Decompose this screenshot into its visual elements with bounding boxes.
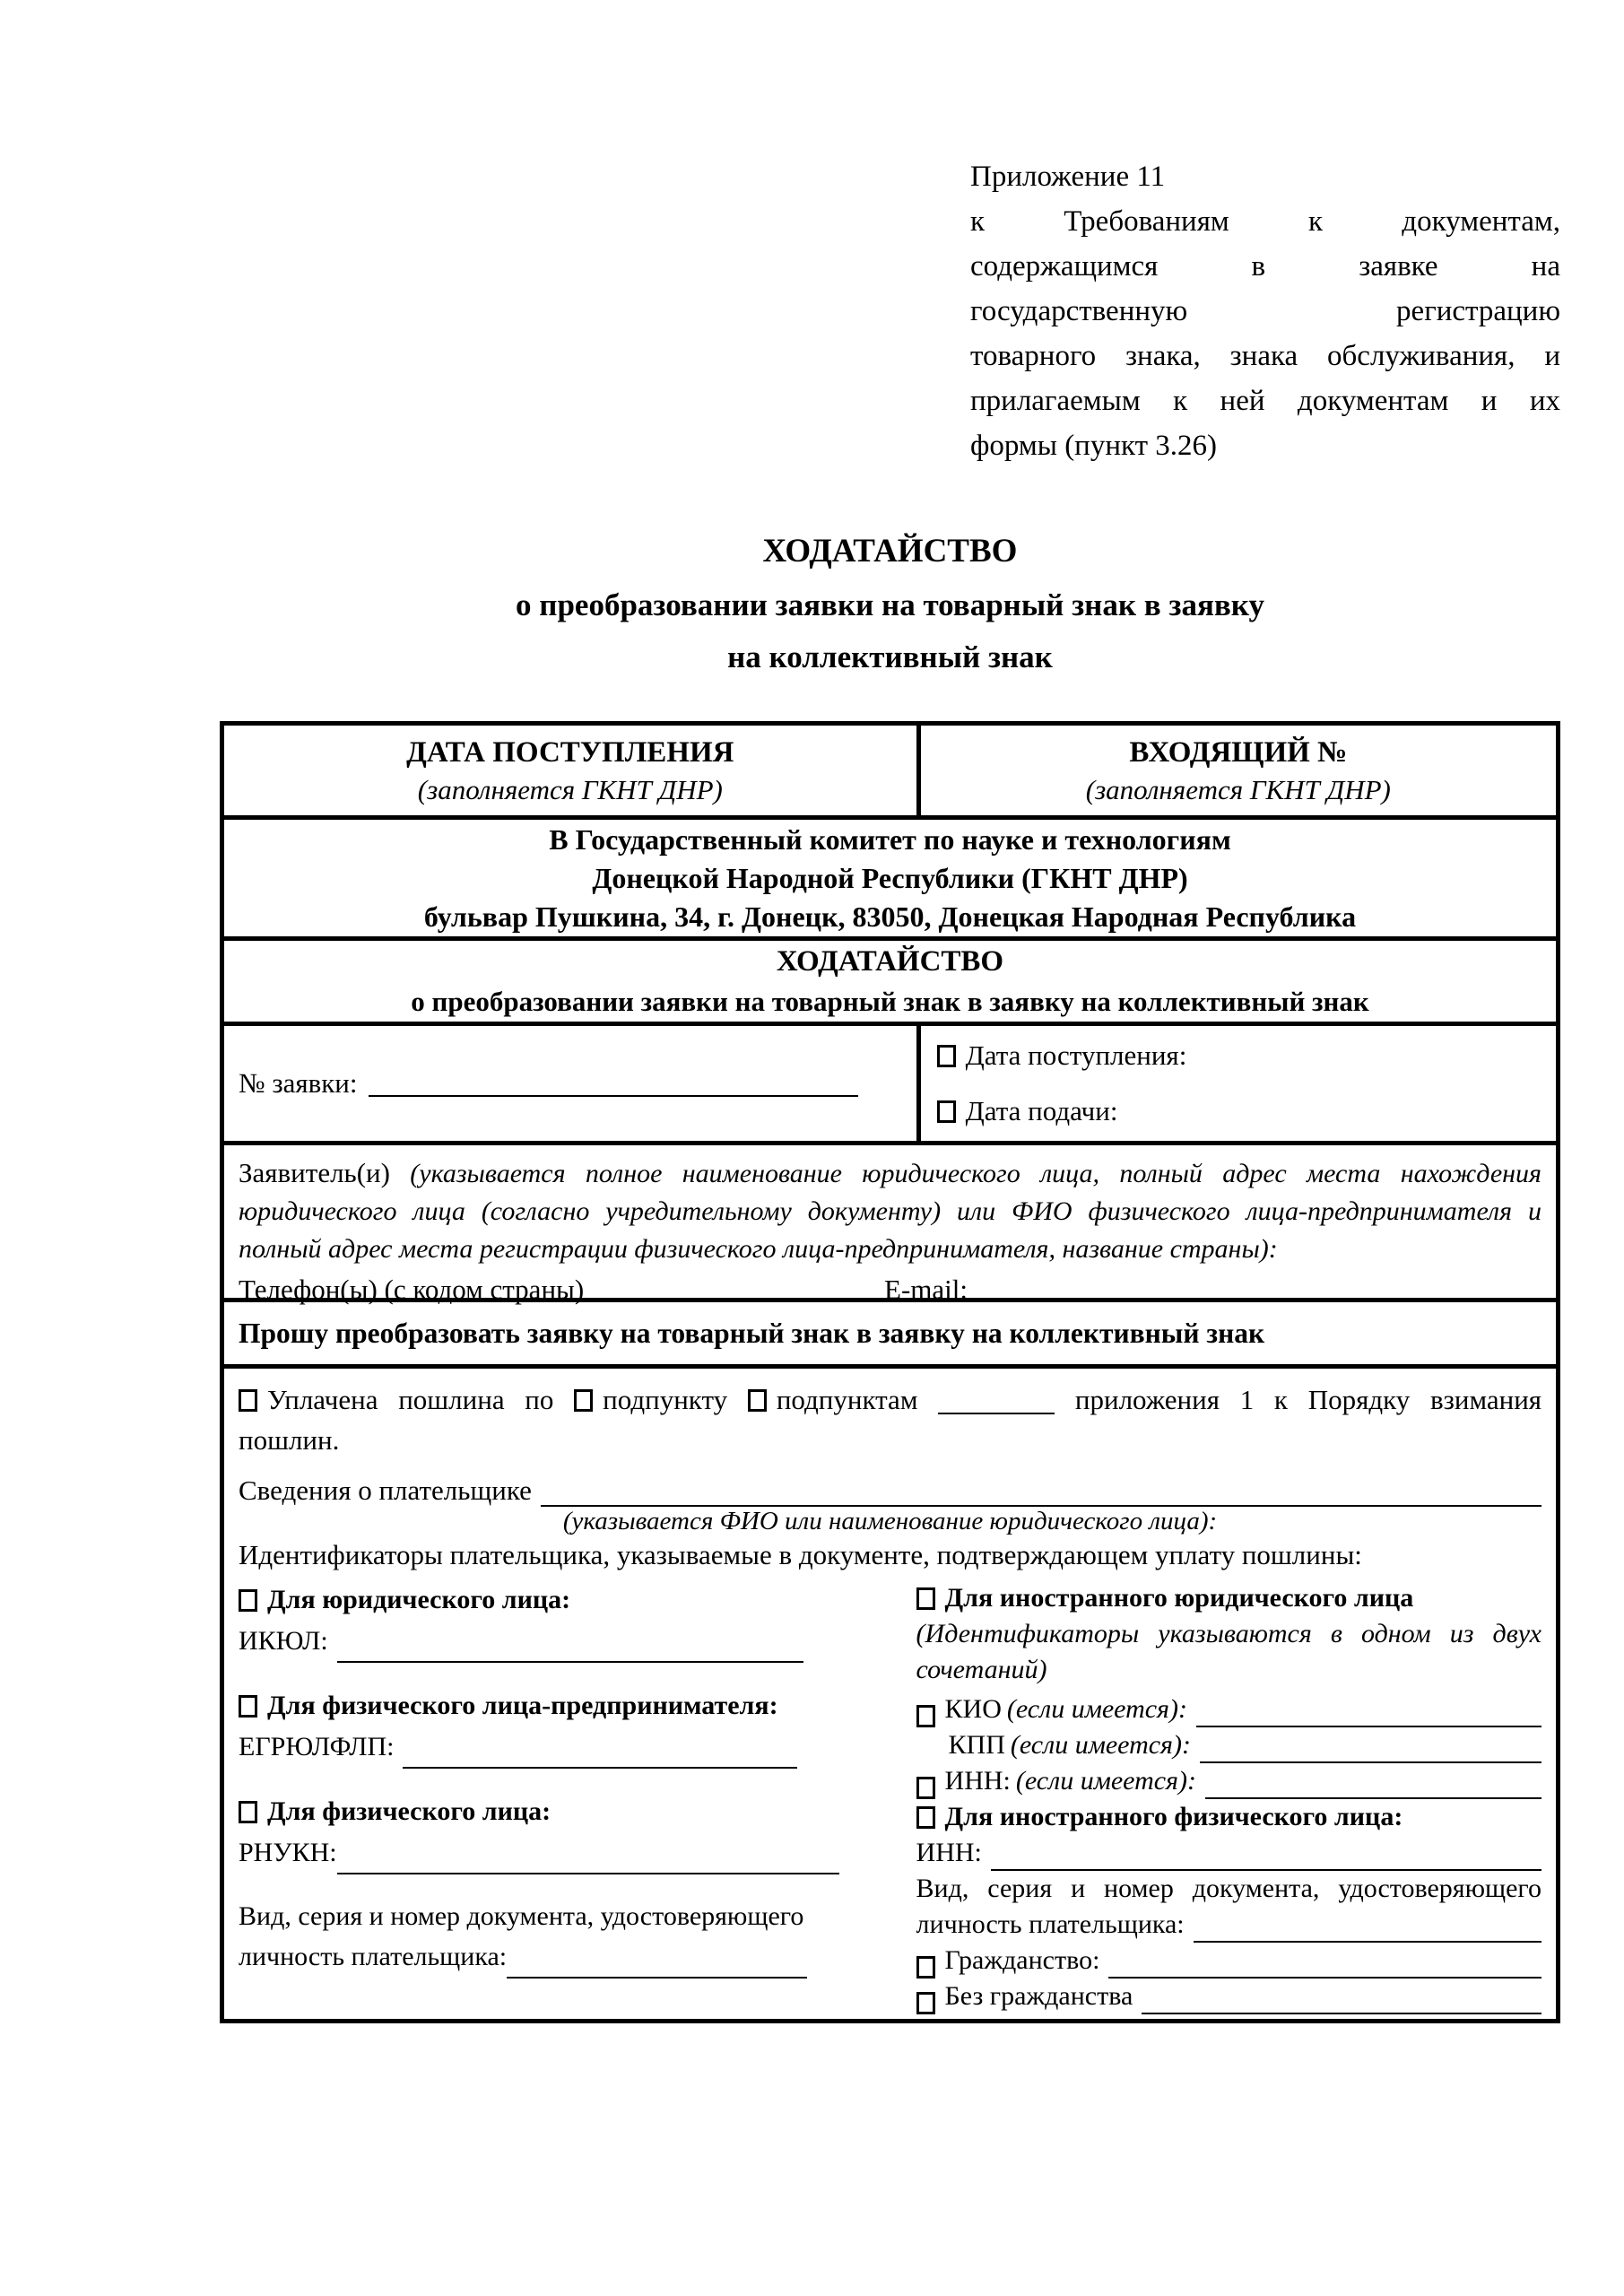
appendix-line: товарного знака, знака обслуживания, и <box>970 334 1560 378</box>
receipt-date-header: ДАТА ПОСТУПЛЕНИЯ <box>224 733 916 772</box>
stateless-field[interactable] <box>1142 1987 1541 2014</box>
ikul-field[interactable] <box>337 1636 803 1663</box>
egrulflp-label: ЕГРЮЛФЛП: <box>239 1726 394 1769</box>
foreign-doc-label2: личность плательщика: <box>916 1907 1185 1943</box>
payer-doc-field[interactable] <box>507 1952 807 1979</box>
fee-section: Уплачена пошлина по подпункту подпунктам… <box>224 1364 1556 2019</box>
petition-form-table: ДАТА ПОСТУПЛЕНИЯ (заполняется ГКНТ ДНР) … <box>220 721 1560 2023</box>
kio-label: КИО <box>945 1692 1002 1727</box>
committee-line: В Государственный комитет по науке и тех… <box>224 821 1556 859</box>
committee-line: бульвар Пушкина, 34, г. Донецк, 83050, Д… <box>224 898 1556 936</box>
kio-field[interactable] <box>1196 1700 1541 1727</box>
foreign-doc-label: Вид, серия и номер документа, удостоверя… <box>916 1871 1541 1907</box>
application-dates-cell: Дата поступления: Дата подачи: <box>921 1026 1556 1141</box>
payer-info-note: (указывается ФИО или наименование юридич… <box>239 1507 1541 1535</box>
foreign-individual-title: Для иностранного физического лица: <box>945 1799 1403 1835</box>
foreign-inn-field[interactable] <box>991 1844 1541 1871</box>
foreign-legal-note: (Идентификаторы указываются в одном из д… <box>916 1616 1541 1652</box>
content-area: Приложение 11 к Требованиям к документам… <box>220 154 1560 2023</box>
kpp-field[interactable] <box>1200 1736 1541 1763</box>
applicant-note: (указывается полное наименование юридиче… <box>410 1159 1541 1188</box>
fee-appendix-ref: приложения 1 к Порядку взимания <box>1075 1384 1541 1415</box>
fee-subitems-checkbox[interactable] <box>748 1389 767 1412</box>
payer-info-line: Сведения о плательщике <box>239 1460 1541 1507</box>
incoming-number-note: (заполняется ГКНТ ДНР) <box>921 772 1556 808</box>
kpp-label: КПП <box>949 1727 1005 1763</box>
rnukn-label: РНУКН: <box>239 1831 337 1874</box>
fee-paid-checkbox[interactable] <box>239 1389 257 1412</box>
application-number-field[interactable] <box>369 1070 858 1097</box>
application-number-label: № заявки: <box>239 1067 358 1100</box>
applicant-note: юридического лица (согласно учредительно… <box>239 1193 1541 1231</box>
citizenship-checkbox[interactable] <box>916 1956 935 1979</box>
fee-subitems-label: подпунктам <box>777 1384 918 1415</box>
incoming-number-cell: ВХОДЯЩИЙ № (заполняется ГКНТ ДНР) <box>921 726 1556 815</box>
payer-doc-label: Вид, серия и номер документа, удостоверя… <box>239 1898 879 1935</box>
egrulflp-field[interactable] <box>403 1742 797 1769</box>
appendix-line: содержащимся в заявке на <box>970 244 1560 289</box>
committee-address: В Государственный комитет по науке и тех… <box>224 815 1556 936</box>
citizenship-label: Гражданство: <box>945 1943 1100 1979</box>
page-title-line: ХОДАТАЙСТВО <box>220 524 1560 579</box>
petition-heading-line: о преобразовании заявки на товарный знак… <box>224 982 1556 1022</box>
receipt-date-note: (заполняется ГКНТ ДНР) <box>224 772 916 808</box>
fee-subitem-checkbox[interactable] <box>574 1389 593 1412</box>
fee-subitems-field[interactable] <box>938 1387 1055 1414</box>
appendix-note: Приложение 11 к Требованиям к документам… <box>970 154 1560 468</box>
individual-title: Для физического лица: <box>267 1792 551 1831</box>
appendix-line: государственную регистрацию <box>970 289 1560 334</box>
page-title: ХОДАТАЙСТВО о преобразовании заявки на т… <box>220 524 1560 683</box>
payer-doc-label2: личность плательщика: <box>239 1935 507 1979</box>
stateless-checkbox[interactable] <box>916 1992 935 2014</box>
legal-entity-checkbox[interactable] <box>239 1589 257 1612</box>
inn-note: (если имеется): <box>1016 1763 1196 1799</box>
page-title-line: на коллективный знак <box>220 631 1560 683</box>
identifiers-label: Идентификаторы плательщика, указываемые … <box>239 1535 1541 1575</box>
foreign-inn-label: ИНН: <box>916 1835 982 1871</box>
fee-paid-line: Уплачена пошлина по подпункту подпунктам… <box>239 1379 1541 1420</box>
kio-note: (если имеется): <box>1007 1692 1187 1727</box>
inn-field[interactable] <box>1205 1772 1541 1799</box>
inn-checkbox[interactable] <box>916 1777 935 1799</box>
payer-info-label: Сведения о плательщике <box>239 1474 532 1507</box>
filing-date-label: Дата подачи: <box>966 1088 1118 1135</box>
application-row: № заявки: Дата поступления: Дата подачи: <box>224 1022 1556 1141</box>
entrepreneur-title: Для физического лица-предпринимателя: <box>267 1686 778 1726</box>
foreign-legal-note2: сочетаний) <box>916 1652 1541 1688</box>
appendix-line: прилагаемым к ней документам и их <box>970 378 1560 423</box>
identifier-columns: Для юридического лица: ИКЮЛ: Для физичес… <box>239 1580 1541 2014</box>
applicant-section: Заявитель(и) (указывается полное наимено… <box>224 1141 1556 1298</box>
stateless-label: Без гражданства <box>945 1979 1133 2014</box>
page-title-line: о преобразовании заявки на товарный знак… <box>220 579 1560 631</box>
domestic-payer-column: Для юридического лица: ИКЮЛ: Для физичес… <box>239 1580 916 2014</box>
office-stamps-row: ДАТА ПОСТУПЛЕНИЯ (заполняется ГКНТ ДНР) … <box>224 726 1556 815</box>
email-label: E-mail: <box>884 1270 968 1309</box>
rnukn-field[interactable] <box>337 1848 839 1874</box>
appendix-line: к Требованиям к документам, <box>970 199 1560 244</box>
inn-label: ИНН: <box>945 1763 1011 1799</box>
fee-subitem-label: подпункту <box>603 1384 727 1415</box>
foreign-doc-field[interactable] <box>1194 1916 1541 1943</box>
fee-paid-label: Уплачена пошлина по <box>267 1384 553 1415</box>
receipt-date-label: Дата поступления: <box>966 1032 1187 1079</box>
entrepreneur-checkbox[interactable] <box>239 1695 257 1718</box>
payer-info-field[interactable] <box>541 1480 1541 1507</box>
phone-label: Телефон(ы) (с кодом страны) <box>239 1270 584 1309</box>
kio-checkbox[interactable] <box>916 1705 935 1727</box>
foreign-legal-checkbox[interactable] <box>916 1587 935 1610</box>
foreign-payer-column: Для иностранного юридического лица (Иден… <box>916 1580 1541 2014</box>
petition-heading-line: ХОДАТАЙСТВО <box>224 941 1556 982</box>
receipt-date-cell: ДАТА ПОСТУПЛЕНИЯ (заполняется ГКНТ ДНР) <box>224 726 921 815</box>
request-text: Прошу преобразовать заявку на товарный з… <box>239 1318 1264 1350</box>
application-number-cell: № заявки: <box>224 1026 921 1141</box>
citizenship-field[interactable] <box>1108 1952 1541 1979</box>
committee-line: Донецкой Народной Республики (ГКНТ ДНР) <box>224 859 1556 898</box>
filing-date-checkbox[interactable] <box>937 1100 956 1123</box>
kpp-note: (если имеется): <box>1011 1727 1191 1763</box>
incoming-number-header: ВХОДЯЩИЙ № <box>921 733 1556 772</box>
legal-entity-title: Для юридического лица: <box>267 1580 570 1620</box>
fee-paid-line-tail: пошлин. <box>239 1420 1541 1460</box>
appendix-line: формы (пункт 3.26) <box>970 423 1560 468</box>
foreign-legal-title: Для иностранного юридического лица <box>945 1580 1414 1616</box>
appendix-line: Приложение 11 <box>970 154 1560 199</box>
applicant-label: Заявитель(и) <box>239 1157 390 1188</box>
foreign-individual-checkbox[interactable] <box>916 1806 935 1829</box>
applicant-note: полный адрес места регистрации физическо… <box>239 1231 1541 1268</box>
document-page: Приложение 11 к Требованиям к документам… <box>0 0 1624 2296</box>
petition-heading: ХОДАТАЙСТВО о преобразовании заявки на т… <box>224 936 1556 1022</box>
receipt-date-checkbox[interactable] <box>937 1045 956 1067</box>
individual-checkbox[interactable] <box>239 1801 257 1823</box>
ikul-label: ИКЮЛ: <box>239 1620 328 1663</box>
